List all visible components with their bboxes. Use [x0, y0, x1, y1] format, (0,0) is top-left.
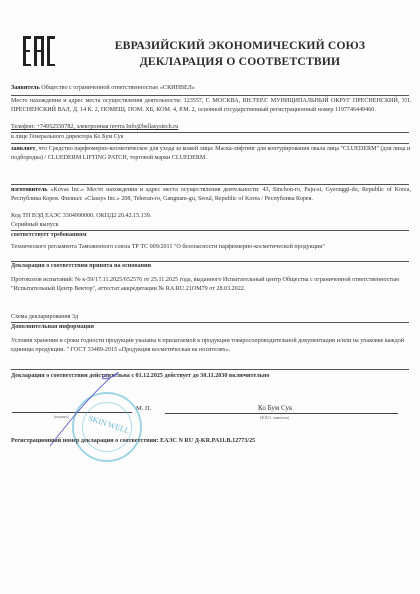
document-header: ЕВРАЗИЙСКИЙ ЭКОНОМИЧЕСКИЙ СОЮЗ ДЕКЛАРАЦИ…	[70, 38, 410, 70]
divider	[11, 184, 409, 185]
declaration-statement: заявляет, что Средство парфюмерно-космет…	[11, 145, 411, 162]
applicant-address: Место нахождения и адрес места осуществл…	[11, 97, 411, 114]
signature-icon	[48, 368, 128, 448]
signer-caption: (Ф.И.О. заявителя)	[260, 416, 289, 420]
applicant-label: Заявитель	[11, 85, 40, 91]
manufacturer-info: изготовитель «Kovas Inc.» Место нахожден…	[11, 186, 411, 203]
declares-label: заявляет	[11, 146, 35, 152]
applicant-name: Общество с ограниченной ответственностью…	[40, 85, 195, 91]
manufacturer-text: «Kovas Inc.» Место нахождения и адрес ме…	[11, 187, 411, 202]
declaration-page: ЕВРАЗИЙСКИЙ ЭКОНОМИЧЕСКИЙ СОЮЗ ДЕКЛАРАЦИ…	[0, 0, 420, 594]
signer-name: Ко Бум Сук	[258, 404, 292, 412]
applicant-contacts: Телефон: +74952550782, электронная почта…	[11, 123, 411, 132]
product-codes: Код ТН ВЭД ЕАЭС 3304990000. ОКПД2 20.42.…	[11, 212, 411, 221]
declaration-title: ДЕКЛАРАЦИЯ О СООТВЕТСТВИИ	[70, 54, 410, 70]
union-title: ЕВРАЗИЙСКИЙ ЭКОНОМИЧЕСКИЙ СОЮЗ	[70, 38, 410, 54]
basis-text: Протоколов испытаний: № к-59/17.11.2025/…	[11, 276, 411, 293]
declaration-scheme: Схема декларирования 3д	[11, 313, 411, 322]
basis-label: Декларация о соответствии принята на осн…	[11, 262, 411, 271]
technical-regulation: Технического регламента Таможенного союз…	[11, 243, 411, 252]
conformity-label: соответствует требованиям	[11, 231, 411, 240]
product-description: , что Средство парфюмерно-косметическое …	[11, 146, 410, 161]
batch-type: Серийный выпуск	[11, 221, 411, 230]
manufacturer-label: изготовитель	[11, 187, 48, 193]
additional-info-label: Дополнительная информация	[11, 323, 411, 332]
applicant-line: Заявитель Общество с ограниченной ответс…	[11, 84, 411, 93]
signer-name-line	[165, 413, 398, 414]
applicant-represented-by: в лице Генерального директора Ко Бум Сук	[11, 133, 411, 142]
divider	[11, 143, 409, 144]
registration-number: Регистрационный номер декларации о соотв…	[11, 437, 411, 446]
eac-logo-icon	[23, 36, 55, 66]
additional-info-text: Условия хранения и сроки годности продук…	[11, 337, 411, 354]
divider	[11, 95, 409, 96]
